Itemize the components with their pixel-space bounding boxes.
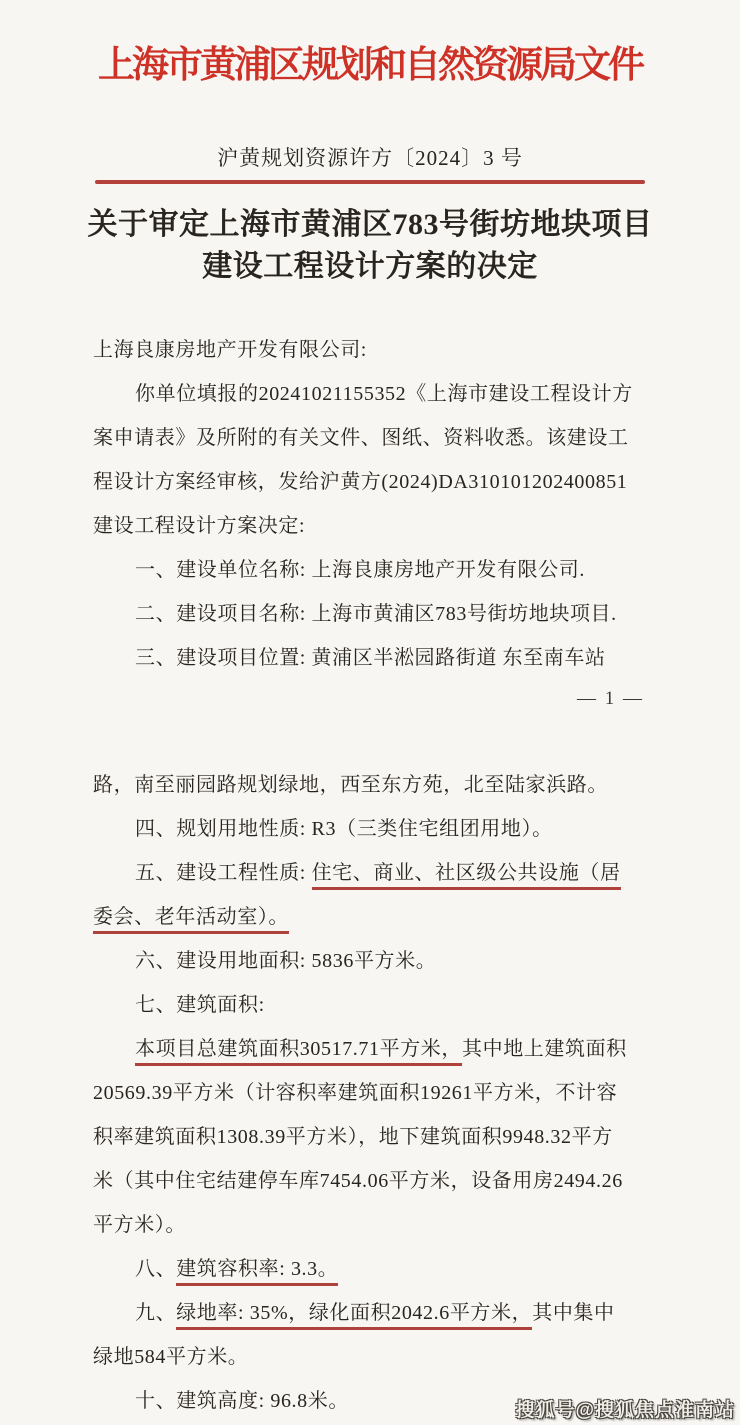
text-segment: 四、规划用地性质: R3（三类住宅组团用地）。 [135, 818, 553, 840]
text-segment: 十、建筑高度: 96.8米。 [135, 1390, 349, 1412]
text-segment: 积率建筑面积1308.39平方米），地下建筑面积9948.32平方 [93, 1126, 613, 1148]
text-line: 一、建设单位名称: 上海良康房地产开发有限公司. [93, 548, 680, 592]
text-line: 七、建筑面积: [93, 983, 680, 1027]
text-line: 路，南至丽园路规划绿地，西至东方苑，北至陆家浜路。 [93, 763, 680, 807]
text-line: 委会、老年活动室）。 [93, 895, 680, 939]
text-line: 九、绿地率: 35%，绿化面积2042.6平方米，其中集中 [93, 1291, 680, 1335]
text-segment: 一、建设单位名称: 上海良康房地产开发有限公司. [135, 559, 585, 581]
red-underlined-text: 住宅、商业、社区级公共设施（居 [312, 862, 621, 890]
text-segment: 二、建设项目名称: 上海市黄浦区783号街坊地块项目. [135, 603, 617, 625]
text-segment: 建设工程设计方案决定: [93, 515, 305, 537]
red-underlined-text: 建筑容积率: 3.3。 [176, 1258, 338, 1286]
document-title: 关于审定上海市黄浦区783号街坊地块项目 建设工程设计方案的决定 [0, 204, 740, 288]
text-line: 建设工程设计方案决定: [93, 504, 680, 548]
text-line: 上海良康房地产开发有限公司: [93, 328, 680, 372]
text-line: 程设计方案经审核，发给沪黄方(2024)DA310101202400851 [93, 460, 680, 504]
text-segment: 你单位填报的20241021155352《上海市建设工程设计方 [135, 383, 633, 405]
text-segment: 七、建筑面积: [135, 994, 265, 1016]
text-segment: 上海良康房地产开发有限公司: [93, 339, 367, 361]
text-segment: 路，南至丽园路规划绿地，西至东方苑，北至陆家浜路。 [93, 774, 608, 796]
document-page: 上海市黄浦区规划和自然资源局文件 沪黄规划资源许方〔2024〕3 号 关于审定上… [0, 0, 740, 1425]
text-line: 五、建设工程性质: 住宅、商业、社区级公共设施（居 [93, 851, 680, 895]
text-segment: 其中地上建筑面积 [462, 1038, 627, 1060]
text-segment: 其中集中 [532, 1302, 614, 1324]
text-segment: 八、 [135, 1258, 176, 1280]
text-segment: 案申请表》及所附的有关文件、图纸、资料收悉。该建设工 [93, 427, 629, 449]
text-line: 四、规划用地性质: R3（三类住宅组团用地）。 [93, 807, 680, 851]
text-segment: 三、建设项目位置: 黄浦区半淞园路街道 东至南车站 [135, 647, 606, 669]
page-number: — 1 — [577, 688, 644, 710]
red-underlined-text: 绿地率: 35%，绿化面积2042.6平方米， [176, 1302, 532, 1330]
red-underlined-text: 委会、老年活动室）。 [93, 906, 289, 934]
text-segment: 米（其中住宅结建停车库7454.06平方米，设备用房2494.26 [93, 1170, 623, 1192]
text-segment: 20569.39平方米（计容积率建筑面积19261平方米，不计容 [93, 1082, 617, 1104]
document-title-line-1: 关于审定上海市黄浦区783号街坊地块项目 [0, 204, 740, 246]
agency-header: 上海市黄浦区规划和自然资源局文件 [0, 34, 740, 88]
text-segment: 平方米）。 [93, 1214, 186, 1236]
text-line: 八、建筑容积率: 3.3。 [93, 1247, 680, 1291]
text-segment: 六、建设用地面积: 5836平方米。 [135, 950, 436, 972]
text-segment: 五、建设工程性质: [135, 862, 312, 884]
text-line: 三、建设项目位置: 黄浦区半淞园路街道 东至南车站 [93, 636, 680, 680]
text-line: 本项目总建筑面积30517.71平方米，其中地上建筑面积 [93, 1027, 680, 1071]
text-segment: 程设计方案经审核，发给沪黄方(2024)DA310101202400851 [93, 471, 627, 493]
text-line: 案申请表》及所附的有关文件、图纸、资料收悉。该建设工 [93, 416, 680, 460]
text-line: 绿地584平方米。 [93, 1335, 680, 1379]
red-divider-rule [95, 180, 645, 184]
text-segment: 绿地584平方米。 [93, 1346, 248, 1368]
text-segment: 九、 [135, 1302, 176, 1324]
red-underlined-text: 本项目总建筑面积30517.71平方米， [135, 1038, 462, 1066]
text-line: 积率建筑面积1308.39平方米），地下建筑面积9948.32平方 [93, 1115, 680, 1159]
text-line: 六、建设用地面积: 5836平方米。 [93, 939, 680, 983]
document-title-line-2: 建设工程设计方案的决定 [0, 246, 740, 288]
page1-body: 上海良康房地产开发有限公司:你单位填报的20241021155352《上海市建设… [93, 328, 680, 680]
text-line: 二、建设项目名称: 上海市黄浦区783号街坊地块项目. [93, 592, 680, 636]
text-line: 米（其中住宅结建停车库7454.06平方米，设备用房2494.26 [93, 1159, 680, 1203]
text-line: 20569.39平方米（计容积率建筑面积19261平方米，不计容 [93, 1071, 680, 1115]
doc-number: 沪黄规划资源许方〔2024〕3 号 [0, 142, 740, 172]
watermark: 搜狐号@搜狐焦点淮南站 [515, 1395, 735, 1422]
text-line: 平方米）。 [93, 1203, 680, 1247]
page2-body: 路，南至丽园路规划绿地，西至东方苑，北至陆家浜路。四、规划用地性质: R3（三类… [93, 763, 680, 1423]
text-line: 你单位填报的20241021155352《上海市建设工程设计方 [93, 372, 680, 416]
